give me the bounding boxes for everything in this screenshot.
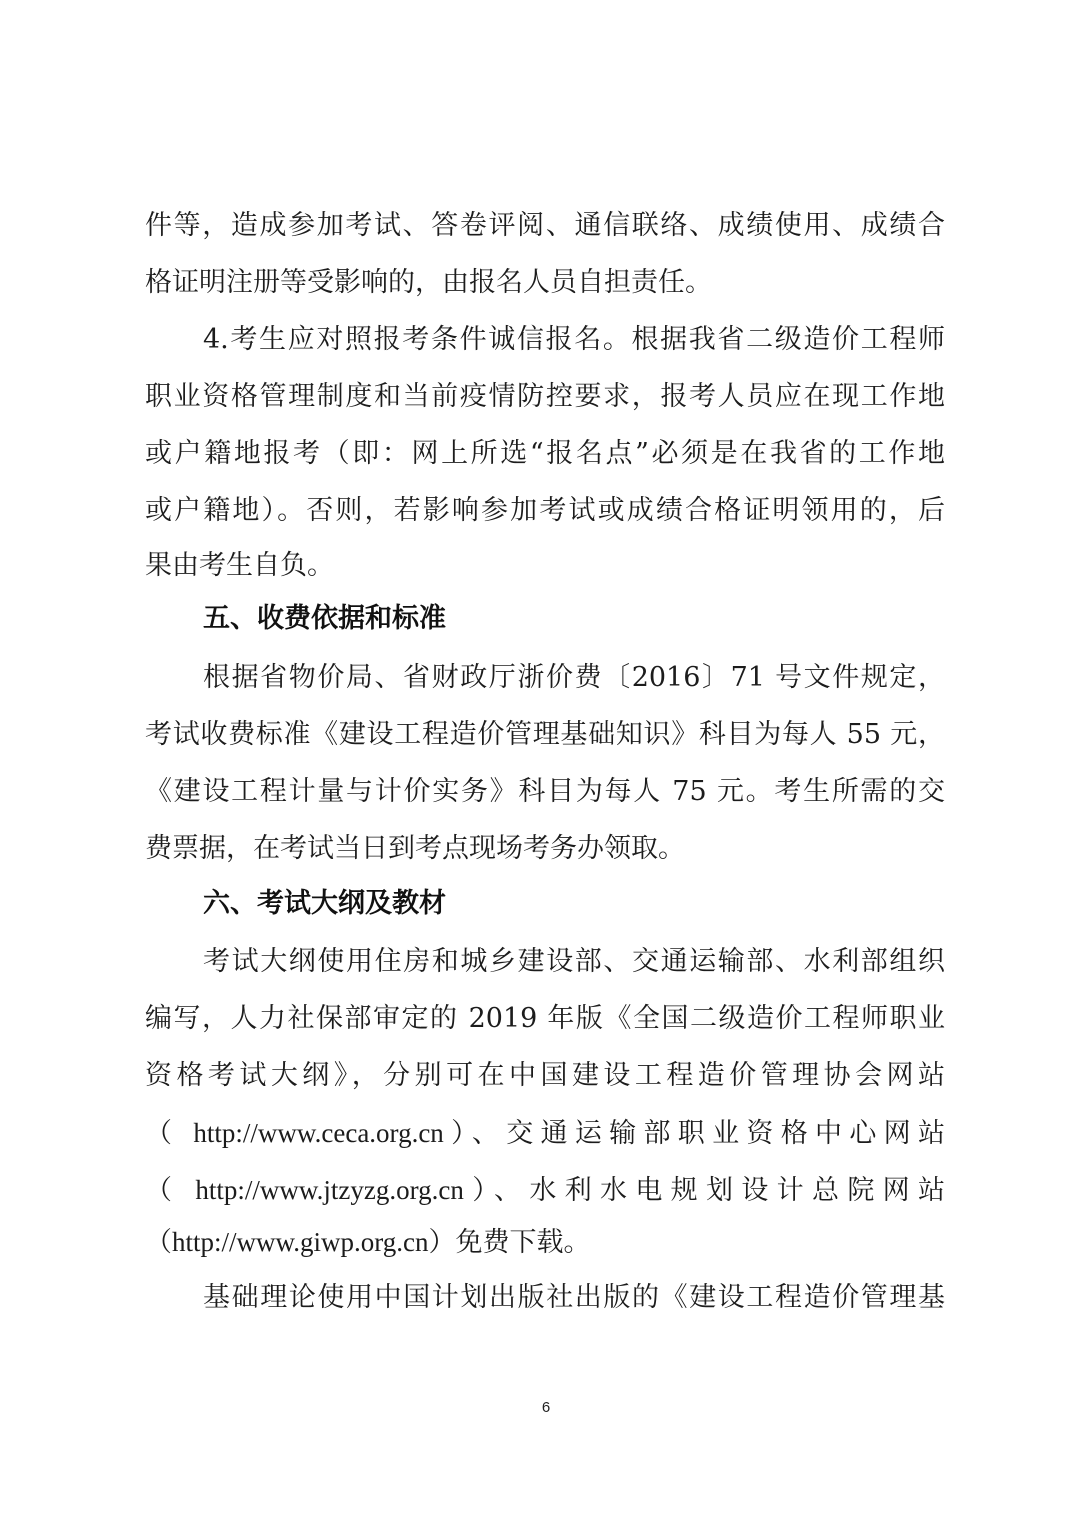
paragraph-line-link-ceca: （ http://www.ceca.org.cn）、交通运输部职业资格中心网站 xyxy=(145,1113,945,1153)
page-number: 6 xyxy=(536,1396,556,1420)
paragraph-line: 果由考生自负。 xyxy=(145,546,334,586)
paragraph-line: 《建设工程计量与计价实务》科目为每人 75 元。考生所需的交 xyxy=(145,772,945,812)
paragraph-line: 编写，人力社保部审定的 2019 年版《全国二级造价工程师职业 xyxy=(145,999,945,1039)
paragraph-line-link-giwp: （http://www.giwp.org.cn）免费下载。 xyxy=(145,1222,591,1262)
paragraph-line: 职业资格管理制度和当前疫情防控要求，报考人员应在现工作地 xyxy=(145,377,945,417)
paragraph-line-link-jtzyzg: （ http://www.jtzyzg.org.cn）、水利水电规划设计总院网站 xyxy=(145,1170,945,1210)
paragraph-line: 格证明注册等受影响的，由报名人员自担责任。 xyxy=(145,263,712,303)
paragraph-line: 根据省物价局、省财政厅浙价费〔2016〕71 号文件规定， xyxy=(203,658,945,698)
paragraph-line: 基础理论使用中国计划出版社出版的《建设工程造价管理基 xyxy=(203,1278,945,1318)
paragraph-line: 件等，造成参加考试、答卷评阅、通信联络、成绩使用、成绩合 xyxy=(145,206,945,246)
document-page: 件等，造成参加考试、答卷评阅、通信联络、成绩使用、成绩合 格证明注册等受影响的，… xyxy=(0,0,1080,1527)
paragraph-line: 资格考试大纲》，分别可在中国建设工程造价管理协会网站 xyxy=(145,1056,945,1096)
paragraph-line: 考试收费标准《建设工程造价管理基础知识》科目为每人 55 元， xyxy=(145,715,945,755)
paragraph-line: 或户籍地报考（即：网上所选“报名点”必须是在我省的工作地 xyxy=(145,434,945,474)
paragraph-line: 或户籍地）。否则，若影响参加考试或成绩合格证明领用的，后 xyxy=(145,491,945,531)
section-heading-fees: 五、收费依据和标准 xyxy=(203,599,446,639)
paragraph-line: 费票据，在考试当日到考点现场考务办领取。 xyxy=(145,829,685,869)
paragraph-line: 4.考生应对照报考条件诚信报名。根据我省二级造价工程师 xyxy=(203,320,945,360)
paragraph-line: 考试大纲使用住房和城乡建设部、交通运输部、水利部组织 xyxy=(203,942,945,982)
section-heading-syllabus: 六、考试大纲及教材 xyxy=(203,884,446,924)
